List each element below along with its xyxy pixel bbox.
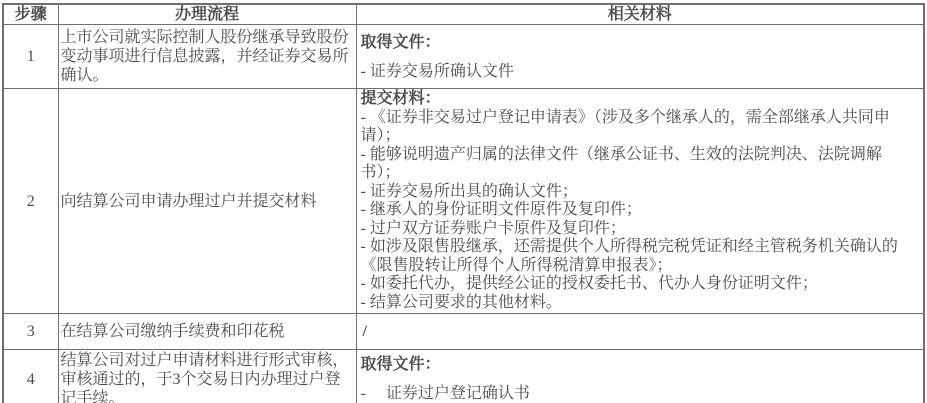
process-text-2: 向结算公司申请办理过户并提交材料 bbox=[58, 89, 356, 314]
table-row-step-4: 4 结算公司对过户申请材料进行形式审核，审核通过的，于3个交易日内办理过户登记手… bbox=[3, 350, 924, 403]
materials-item: - 如涉及限售股继承，还需提供个人所得税完税凭证和经主管税务机关确认的《限售股转… bbox=[361, 238, 908, 275]
materials-label-1: 取得文件： bbox=[361, 33, 908, 52]
materials-item: - 《证券非交易过户登记申请表》（涉及多个继承人的，需全部继承人共同申请）； bbox=[361, 109, 908, 146]
materials-item: - 证券交易所确认文件 bbox=[361, 62, 908, 81]
materials-label-2: 提交材料： bbox=[361, 90, 908, 109]
step-number-4: 4 bbox=[3, 350, 58, 403]
materials-label-4: 取得文件： bbox=[361, 355, 908, 374]
materials-cell-3: / bbox=[356, 314, 924, 350]
procedure-table: 步骤 办理流程 相关材料 1 上市公司就实际控制人股份继承导致股份变动事项进行信… bbox=[2, 3, 925, 403]
step-number-1: 1 bbox=[3, 25, 58, 89]
step-number-3: 3 bbox=[3, 314, 58, 350]
table-row-step-3: 3 在结算公司缴纳手续费和印花税 / bbox=[3, 314, 924, 350]
materials-cell-2: 提交材料： - 《证券非交易过户登记申请表》（涉及多个继承人的，需全部继承人共同… bbox=[356, 89, 924, 314]
process-text-1: 上市公司就实际控制人股份继承导致股份变动事项进行信息披露，并经证券交易所确认。 bbox=[58, 25, 356, 89]
materials-item: - 能够说明遗产归属的法律文件（继承公证书、生效的法院判决、法院调解书）； bbox=[361, 146, 908, 183]
process-text-4: 结算公司对过户申请材料进行形式审核，审核通过的，于3个交易日内办理过户登记手续。 bbox=[58, 350, 356, 403]
table-row-step-1: 1 上市公司就实际控制人股份继承导致股份变动事项进行信息披露，并经证券交易所确认… bbox=[3, 25, 924, 89]
procedure-document-page: 步骤 办理流程 相关材料 1 上市公司就实际控制人股份继承导致股份变动事项进行信… bbox=[0, 0, 927, 403]
column-header-materials: 相关材料 bbox=[356, 4, 924, 25]
materials-cell-4: 取得文件： - 证券过户登记确认书 bbox=[356, 350, 924, 403]
table-row-step-2: 2 向结算公司申请办理过户并提交材料 提交材料： - 《证券非交易过户登记申请表… bbox=[3, 89, 924, 314]
materials-item: - 如委托代办，提供经公证的授权委托书、代办人身份证明文件； bbox=[361, 275, 908, 294]
column-header-process: 办理流程 bbox=[58, 4, 356, 25]
table-header-row: 步骤 办理流程 相关材料 bbox=[3, 4, 924, 25]
materials-item: - 证券交易所出具的确认文件； bbox=[361, 183, 908, 202]
materials-item: - 结算公司要求的其他材料。 bbox=[361, 294, 908, 313]
materials-item: - 过户双方证券账户卡原件及复印件； bbox=[361, 220, 908, 239]
materials-cell-1: 取得文件： - 证券交易所确认文件 bbox=[356, 25, 924, 89]
materials-item: - 继承人的身份证明文件原件及复印件； bbox=[361, 201, 908, 220]
column-header-step: 步骤 bbox=[3, 4, 58, 25]
step-number-2: 2 bbox=[3, 89, 58, 314]
process-text-3: 在结算公司缴纳手续费和印花税 bbox=[58, 314, 356, 350]
materials-item: - 证券过户登记确认书 bbox=[361, 384, 908, 403]
materials-item-none: / bbox=[361, 322, 908, 341]
